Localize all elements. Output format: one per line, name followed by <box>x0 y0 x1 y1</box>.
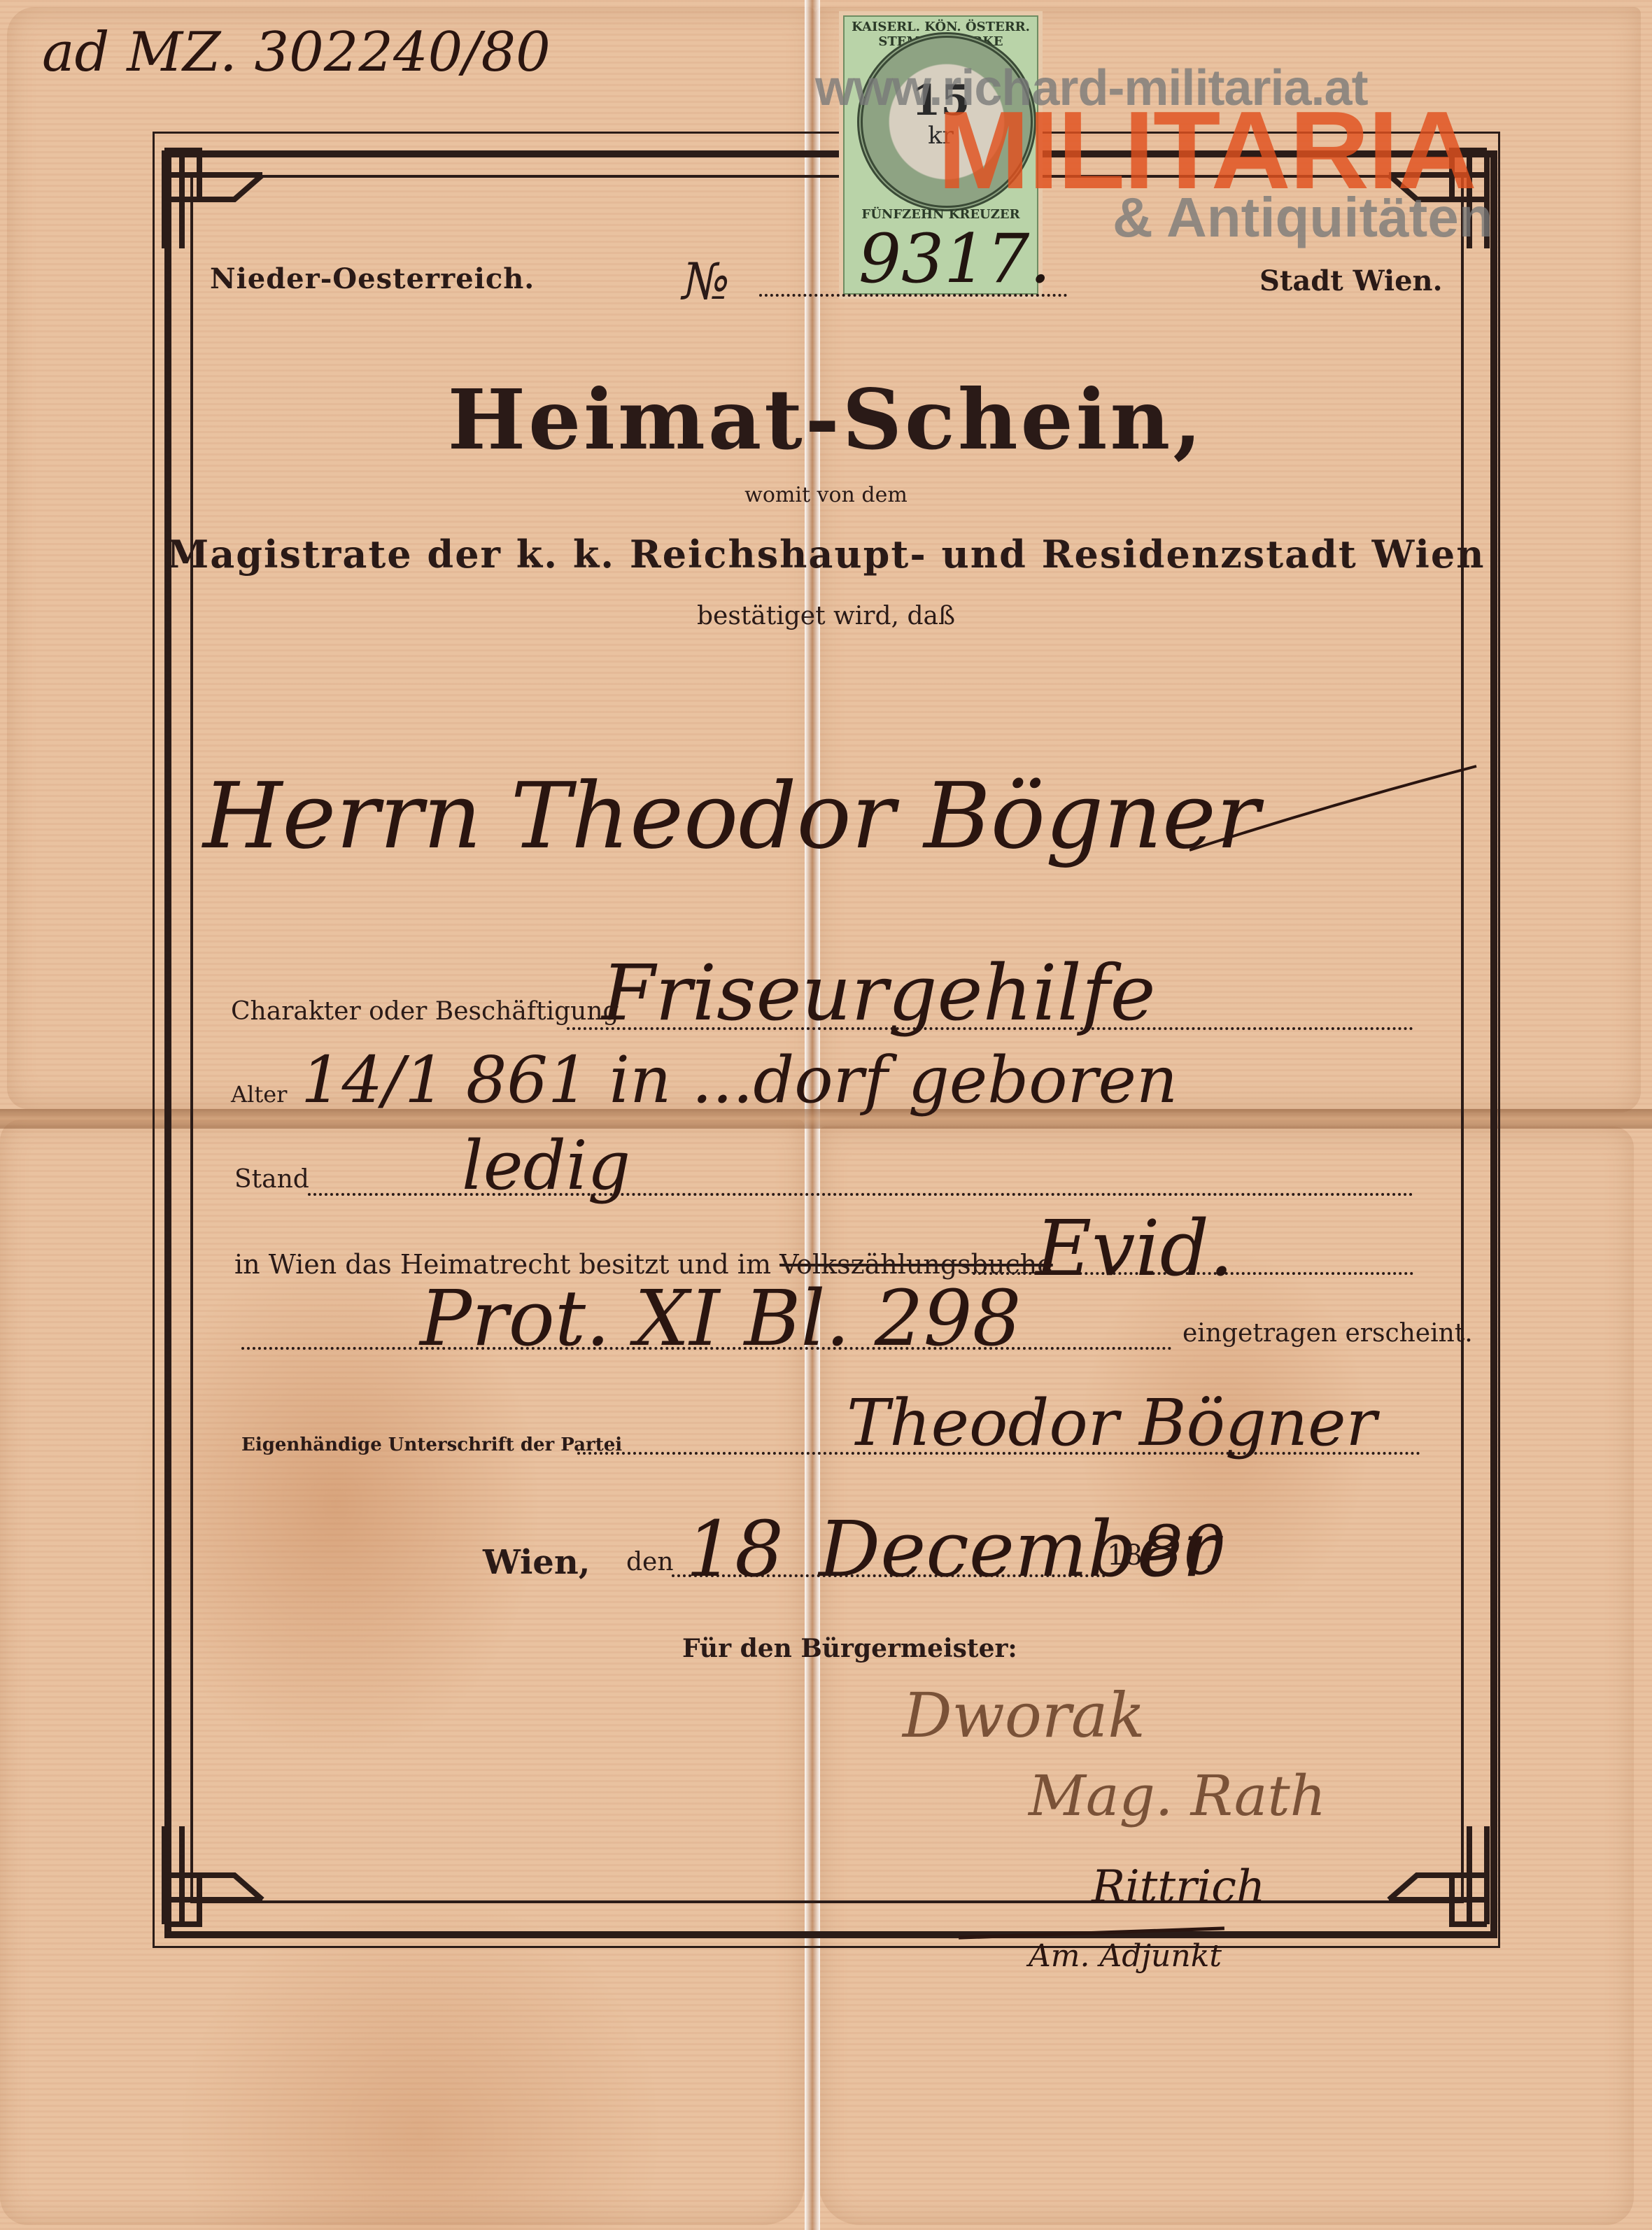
registration-value: Prot. XI Bl. 298 <box>420 1273 1022 1363</box>
signature-label: Eigenhändige Unterschrift der Partei <box>241 1434 622 1455</box>
field-label-status: Stand <box>234 1165 309 1194</box>
corner-ornament-top-left-icon <box>157 143 269 255</box>
for-mayor-label: Für den Bürgermeister: <box>682 1634 1017 1663</box>
field-label-occupation: Charakter oder Beschäftigung <box>231 997 619 1026</box>
date-day: 18 <box>686 1504 784 1594</box>
official-signature-3: Rittrich <box>1092 1861 1265 1913</box>
date-place: Wien, <box>483 1543 590 1582</box>
corner-ornament-bottom-right-icon <box>1382 1819 1494 1931</box>
field-value-occupation: Friseurgehilfe <box>602 948 1156 1038</box>
number-dotted-line <box>759 294 1067 297</box>
city-label: Stadt Wien. <box>1259 264 1443 297</box>
document-title: Heimat-Schein, <box>0 371 1652 468</box>
party-signature: Theodor Bögner <box>847 1385 1377 1460</box>
document-number: 9317. <box>859 220 1051 298</box>
number-label: № <box>682 252 730 311</box>
field-label-age: Alter <box>231 1081 287 1108</box>
field-value-status: ledig <box>462 1127 630 1205</box>
subtitle-line-1: womit von dem <box>0 483 1652 507</box>
top-reference-number: ad MZ. 302240/80 <box>42 21 551 84</box>
official-signature-1: Dworak <box>903 1679 1145 1751</box>
official-signature-2: Mag. Rath <box>1029 1763 1326 1828</box>
holder-name: Herrn Theodor Bögner <box>203 763 1259 869</box>
corner-ornament-bottom-left-icon <box>157 1819 269 1931</box>
field-value-age: 14/1 861 in ...dorf geboren <box>301 1043 1178 1117</box>
date-period: . <box>1205 1543 1214 1575</box>
watermark-subtitle: & Antiquitäten <box>1113 185 1493 250</box>
date-den: den <box>626 1548 674 1576</box>
date-year-prefix: 18 <box>1107 1539 1143 1572</box>
issuing-authority: Magistrate der k. k. Reichshaupt- und Re… <box>0 532 1652 577</box>
name-flourish-icon <box>1189 763 1483 854</box>
official-title: Am. Adjunkt <box>1029 1938 1222 1974</box>
registration-suffix: eingetragen erscheint. <box>1182 1319 1473 1348</box>
heimatrecht-value: Evid. <box>1036 1204 1234 1293</box>
region-label: Nieder-Oesterreich. <box>210 262 535 295</box>
subtitle-line-3: bestätiget wird, daß <box>0 602 1652 630</box>
